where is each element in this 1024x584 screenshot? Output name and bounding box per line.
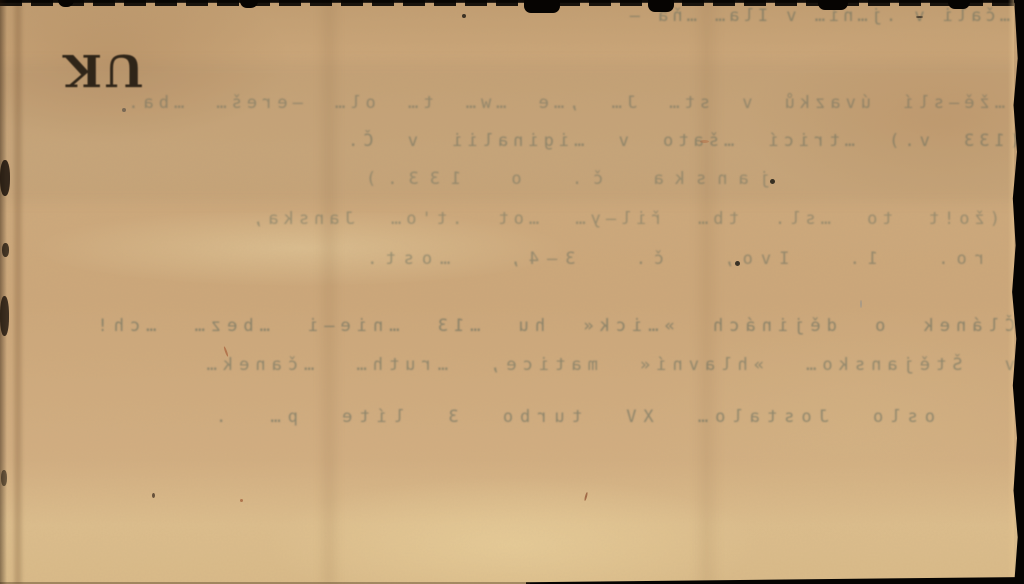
paper-speck xyxy=(152,493,155,498)
bleedthrough-line: ro. 1. Ivo, č. 3—4, …ost. xyxy=(359,247,985,271)
scan-edge-tear xyxy=(648,0,674,12)
paper-speck xyxy=(122,108,126,112)
bleedthrough-line: v Štějansko… »hlavní« matice, …ruth… …ča… xyxy=(201,353,1015,377)
bleedthrough-line: …žě—slí úvazků v st… J… ,…e …w… t… ol… —… xyxy=(123,91,1005,115)
scan-edge-tear xyxy=(524,0,560,13)
paper-speck xyxy=(916,16,923,18)
paper-speck xyxy=(240,499,243,502)
scanned-card: …čali v .j…ní… v Ila… …ňa — …žě—slí úvaz… xyxy=(0,0,1024,584)
scan-edge-tear xyxy=(948,0,970,9)
scan-edge-left xyxy=(0,0,7,584)
edge-ink-blot xyxy=(1,470,7,486)
bleedthrough-line: (133 v.) …tricí …šato v …iginalii v Č. xyxy=(343,129,1020,153)
card-paper: …čali v .j…ní… v Ila… …ňa — …žě—slí úvaz… xyxy=(0,0,1024,584)
scan-edge-tear xyxy=(818,0,848,10)
paper-fiber xyxy=(700,140,709,143)
bleedthrough-line: oslo Jostalo… XV turbo 3 líte p… . xyxy=(209,405,935,429)
paper-fiber xyxy=(860,300,862,308)
bleedthrough-line: (žo!t to …sl. tb… řil–y… …ot .t'o… Jansk… xyxy=(248,207,1000,231)
uk-library-stamp: UK xyxy=(52,38,152,100)
ink-dot xyxy=(735,261,740,266)
edge-ink-blot xyxy=(2,243,9,257)
ink-dot xyxy=(770,179,775,184)
edge-ink-blot xyxy=(0,296,9,336)
edge-ink-blot xyxy=(0,160,10,196)
bleedthrough-line: Článek o dějinách »…ick« hu …13 …nie–i …… xyxy=(91,314,1015,338)
paper-speck xyxy=(462,14,466,18)
scan-edge-top xyxy=(0,0,1024,6)
bleedthrough-line: janska č. o 133.) xyxy=(355,167,770,191)
